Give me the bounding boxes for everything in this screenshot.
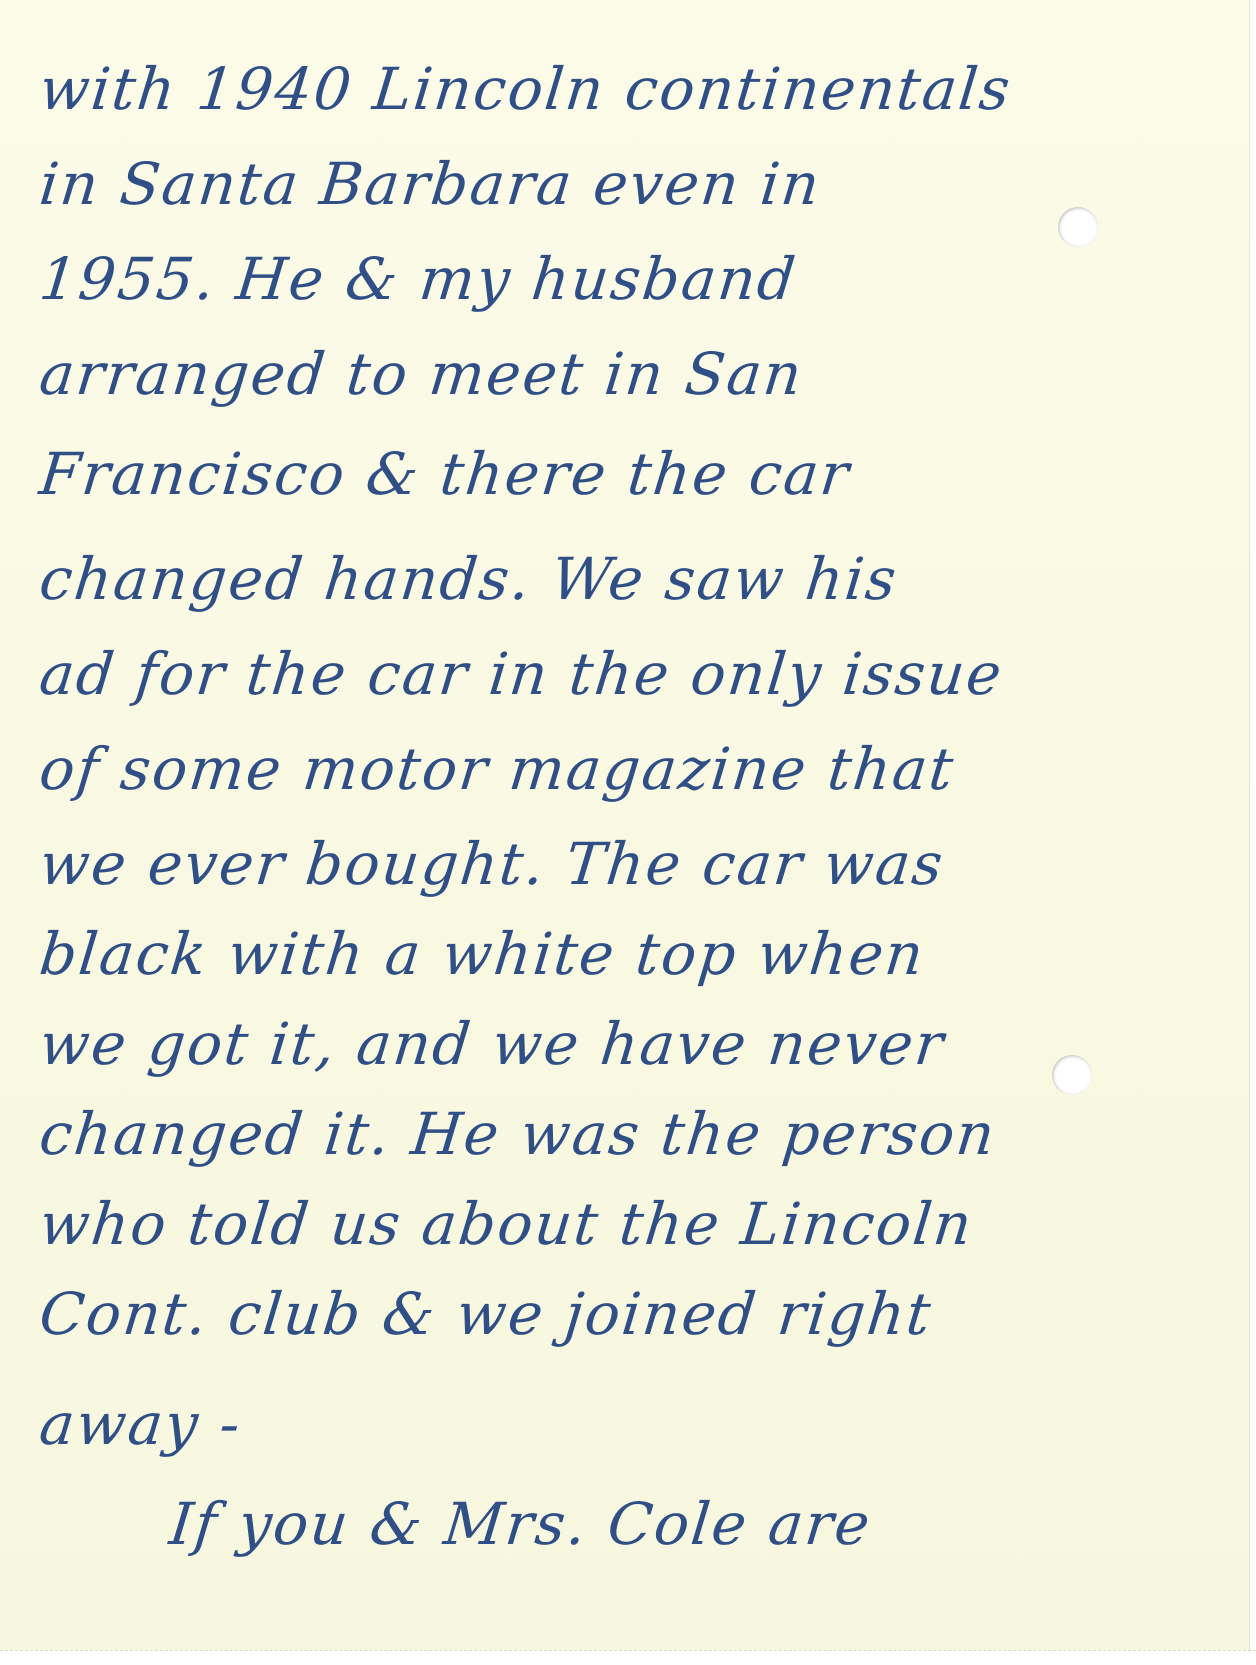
letter-line-10: black with a white top when [36, 920, 928, 988]
letter-line-16: If you & Mrs. Cole are [166, 1490, 874, 1558]
letter-line-13: who told us about the Lincoln [36, 1190, 976, 1258]
letter-line-4: arranged to meet in San [36, 340, 806, 408]
punch-hole-top [1058, 207, 1098, 247]
letter-page: with 1940 Lincoln continentals in Santa … [0, 0, 1256, 1665]
letter-line-11: we got it, and we have never [36, 1010, 948, 1078]
punch-hole-bottom [1052, 1055, 1092, 1095]
letter-line-12: changed it. He was the person [36, 1100, 999, 1168]
letter-line-1: with 1940 Lincoln continentals [36, 55, 1015, 123]
letter-line-3: 1955. He & my husband [36, 245, 800, 313]
letter-line-15: away - [36, 1390, 245, 1458]
letter-line-5: Francisco & there the car [36, 440, 853, 508]
letter-line-8: of some motor magazine that [36, 735, 958, 803]
letter-line-14: Cont. club & we joined right [36, 1280, 935, 1348]
letter-line-7: ad for the car in the only issue [36, 640, 1006, 708]
letter-line-2: in Santa Barbara even in [36, 150, 824, 218]
letter-line-9: we ever bought. The car was [36, 830, 947, 898]
paper-edge [1249, 0, 1256, 1650]
letter-line-6: changed hands. We saw his [36, 545, 901, 613]
